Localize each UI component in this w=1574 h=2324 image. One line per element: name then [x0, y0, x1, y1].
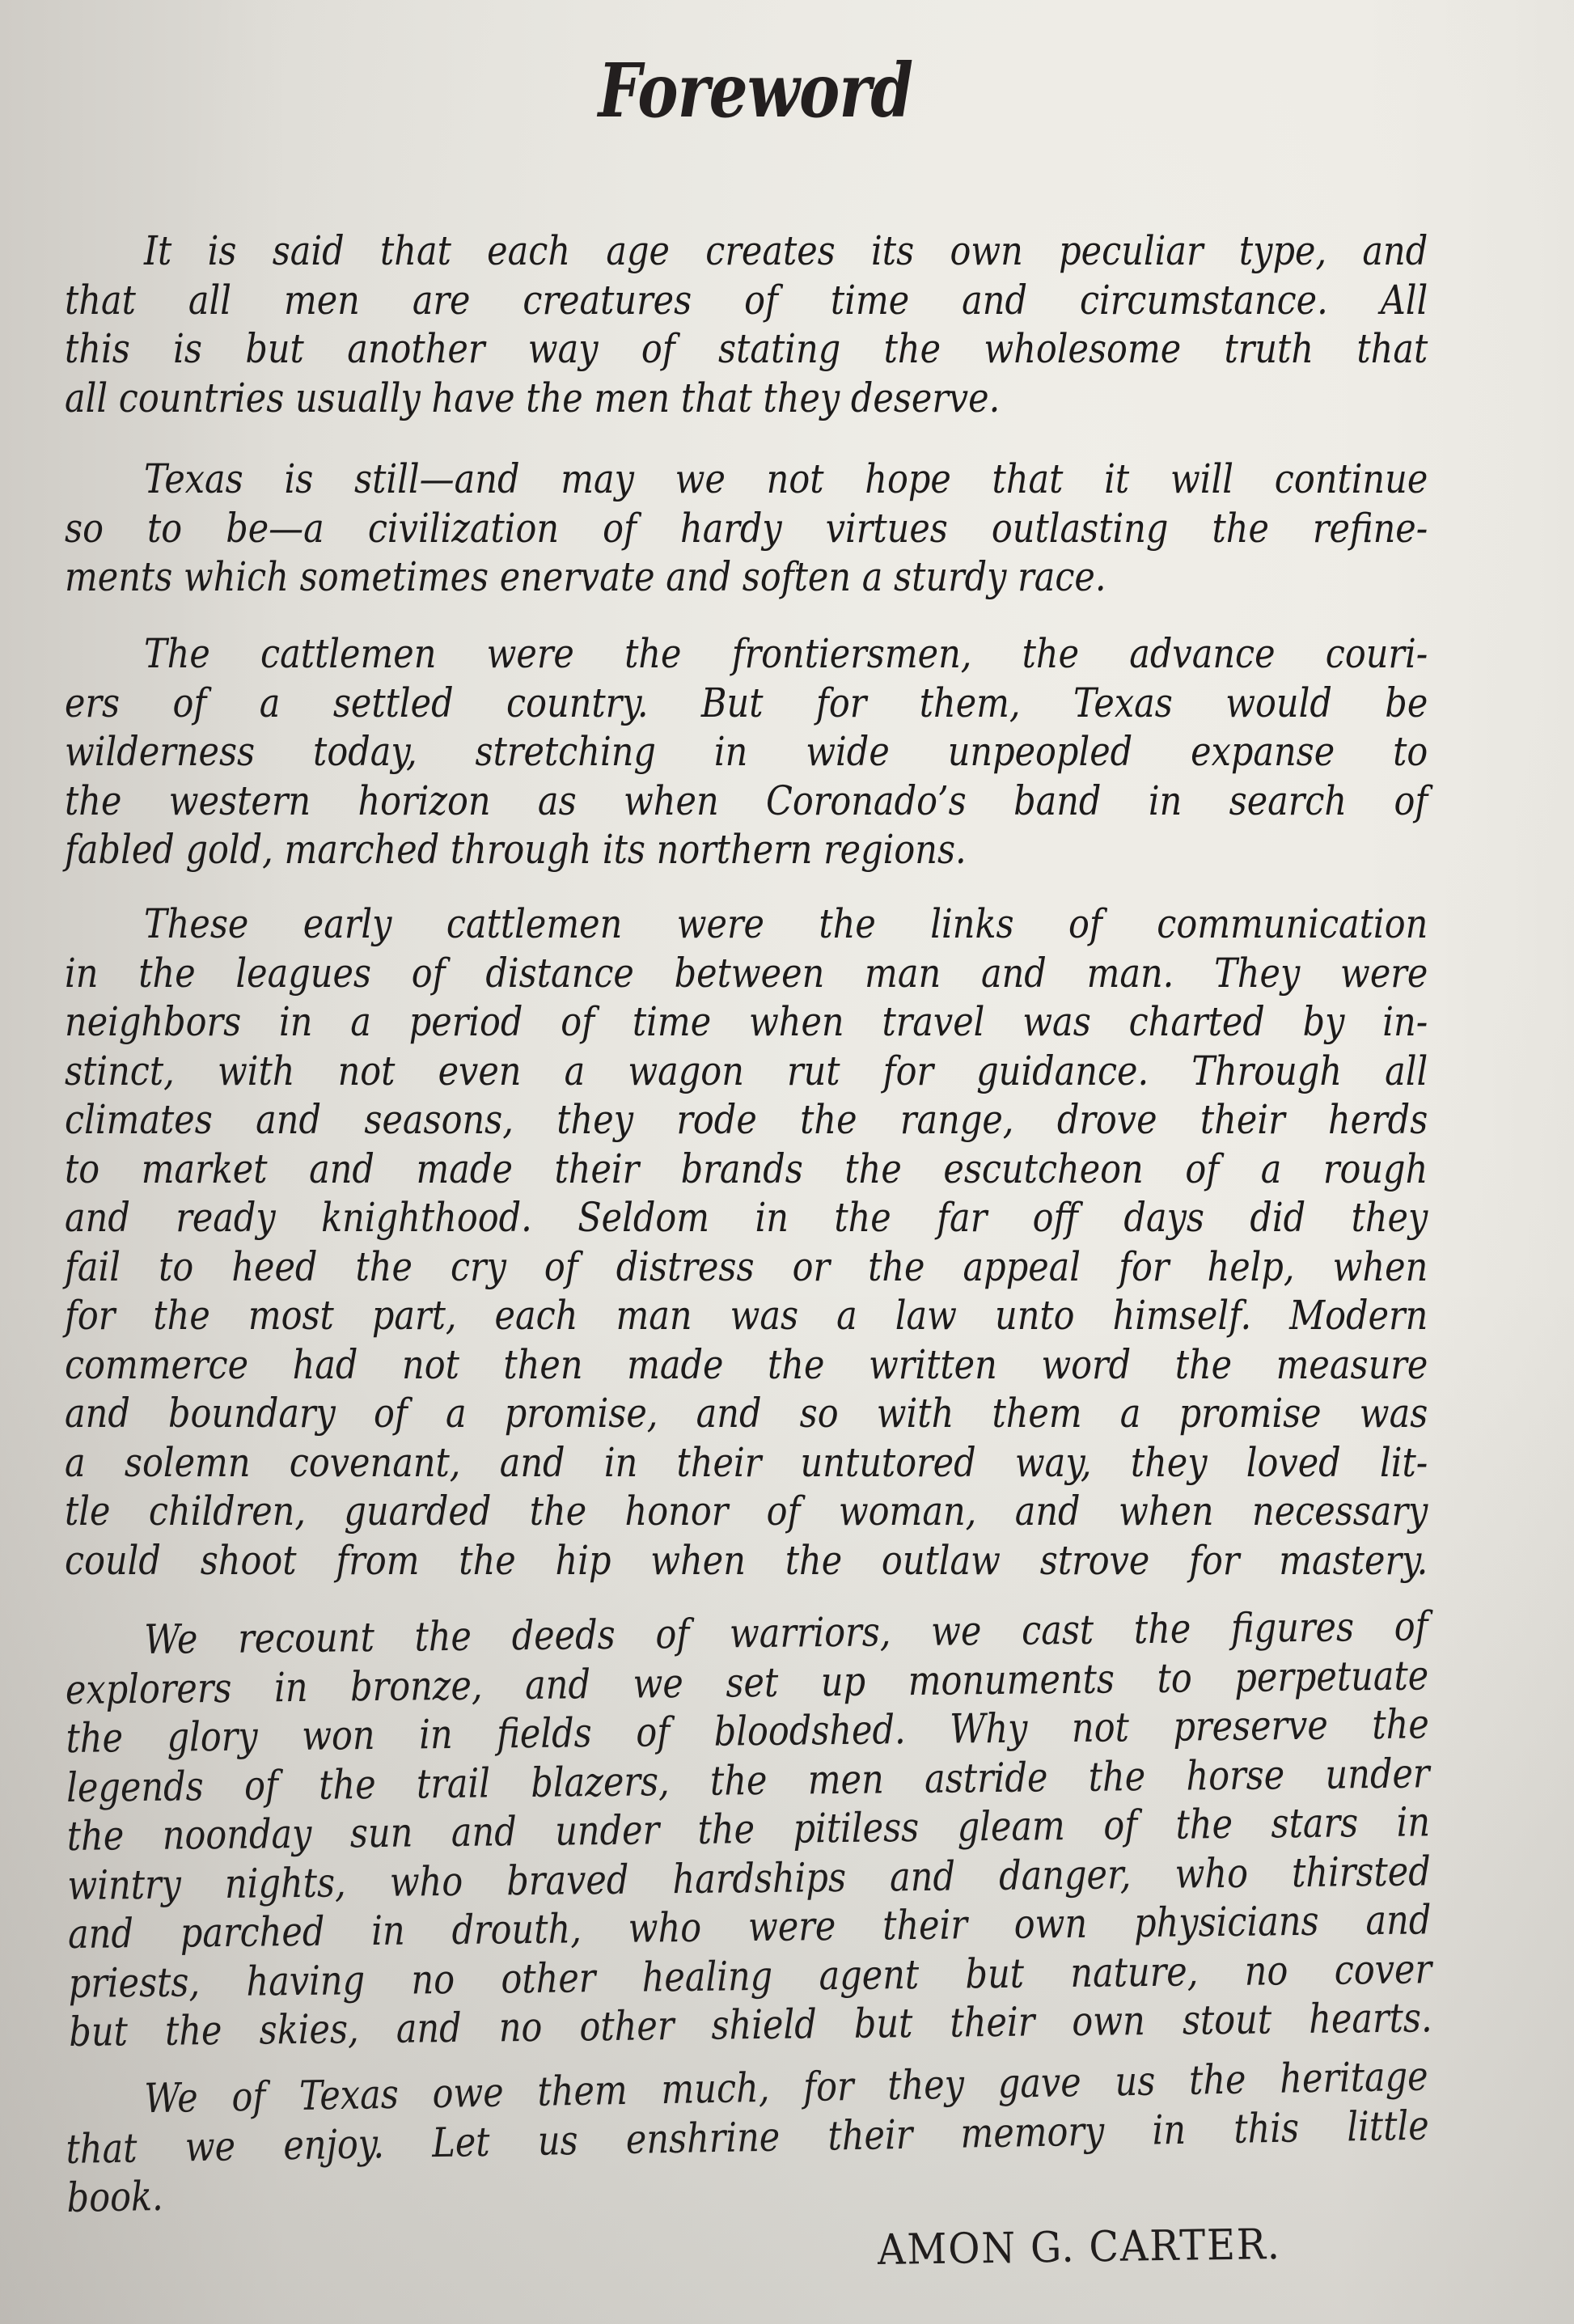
- text-line: The cattlemen were the frontiersmen, the…: [65, 629, 1428, 679]
- paragraph-5: We recount the deeds of warriors, we cas…: [65, 1602, 1432, 2056]
- text-line: a solemn covenant, and in their untutore…: [65, 1438, 1428, 1488]
- text-line: These early cattlemen were the links of …: [65, 900, 1428, 949]
- text-line: wilderness today, stretching in wide unp…: [65, 727, 1428, 777]
- text-line: and ready knighthood. Seldom in the far …: [65, 1193, 1428, 1242]
- text-line: tle children, guarded the honor of woman…: [65, 1487, 1428, 1536]
- text-line: ments which sometimes enervate and softe…: [65, 552, 1428, 602]
- text-line: ers of a settled country. But for them, …: [65, 679, 1428, 728]
- author-signature: AMON G. CARTER.: [878, 2220, 1282, 2275]
- text-line: to market and made their brands the escu…: [65, 1145, 1428, 1194]
- paragraph-1: It is said that each age creates its own…: [65, 226, 1428, 422]
- text-line: so to be—a civilization of hardy virtues…: [65, 504, 1428, 553]
- text-line: commerce had not then made the written w…: [65, 1340, 1428, 1390]
- text-line: fail to heed the cry of distress or the …: [65, 1242, 1428, 1292]
- text-line: climates and seasons, they rode the rang…: [65, 1095, 1428, 1145]
- paragraph-2: Texas is still—and may we not hope that …: [65, 455, 1428, 602]
- book-page: Foreword It is said that each age create…: [0, 0, 1574, 2324]
- text-line: stinct, with not even a wagon rut for gu…: [65, 1047, 1428, 1096]
- text-line: this is but another way of stating the w…: [65, 324, 1428, 374]
- page-title: Foreword: [136, 47, 1375, 134]
- text-line: for the most part, each man was a law un…: [65, 1291, 1428, 1340]
- text-line: could shoot from the hip when the outlaw…: [65, 1536, 1428, 1585]
- text-line: in the leagues of distance between man a…: [65, 949, 1428, 998]
- text-line: fabled gold, marched through its norther…: [65, 825, 1428, 874]
- text-line: Texas is still—and may we not hope that …: [65, 455, 1428, 504]
- text-line: neighbors in a period of time when trave…: [65, 997, 1428, 1047]
- paragraph-4: These early cattlemen were the links of …: [65, 900, 1428, 1585]
- paragraph-3: The cattlemen were the frontiersmen, the…: [65, 629, 1428, 874]
- text-line: all countries usually have the men that …: [65, 374, 1428, 423]
- text-line: It is said that each age creates its own…: [65, 226, 1428, 276]
- text-line: the western horizon as when Coronado’s b…: [65, 777, 1428, 826]
- text-line: that all men are creatures of time and c…: [65, 276, 1428, 325]
- paragraph-6: We of Texas owe them much, for they gave…: [65, 2052, 1430, 2223]
- text-line: and boundary of a promise, and so with t…: [65, 1389, 1428, 1438]
